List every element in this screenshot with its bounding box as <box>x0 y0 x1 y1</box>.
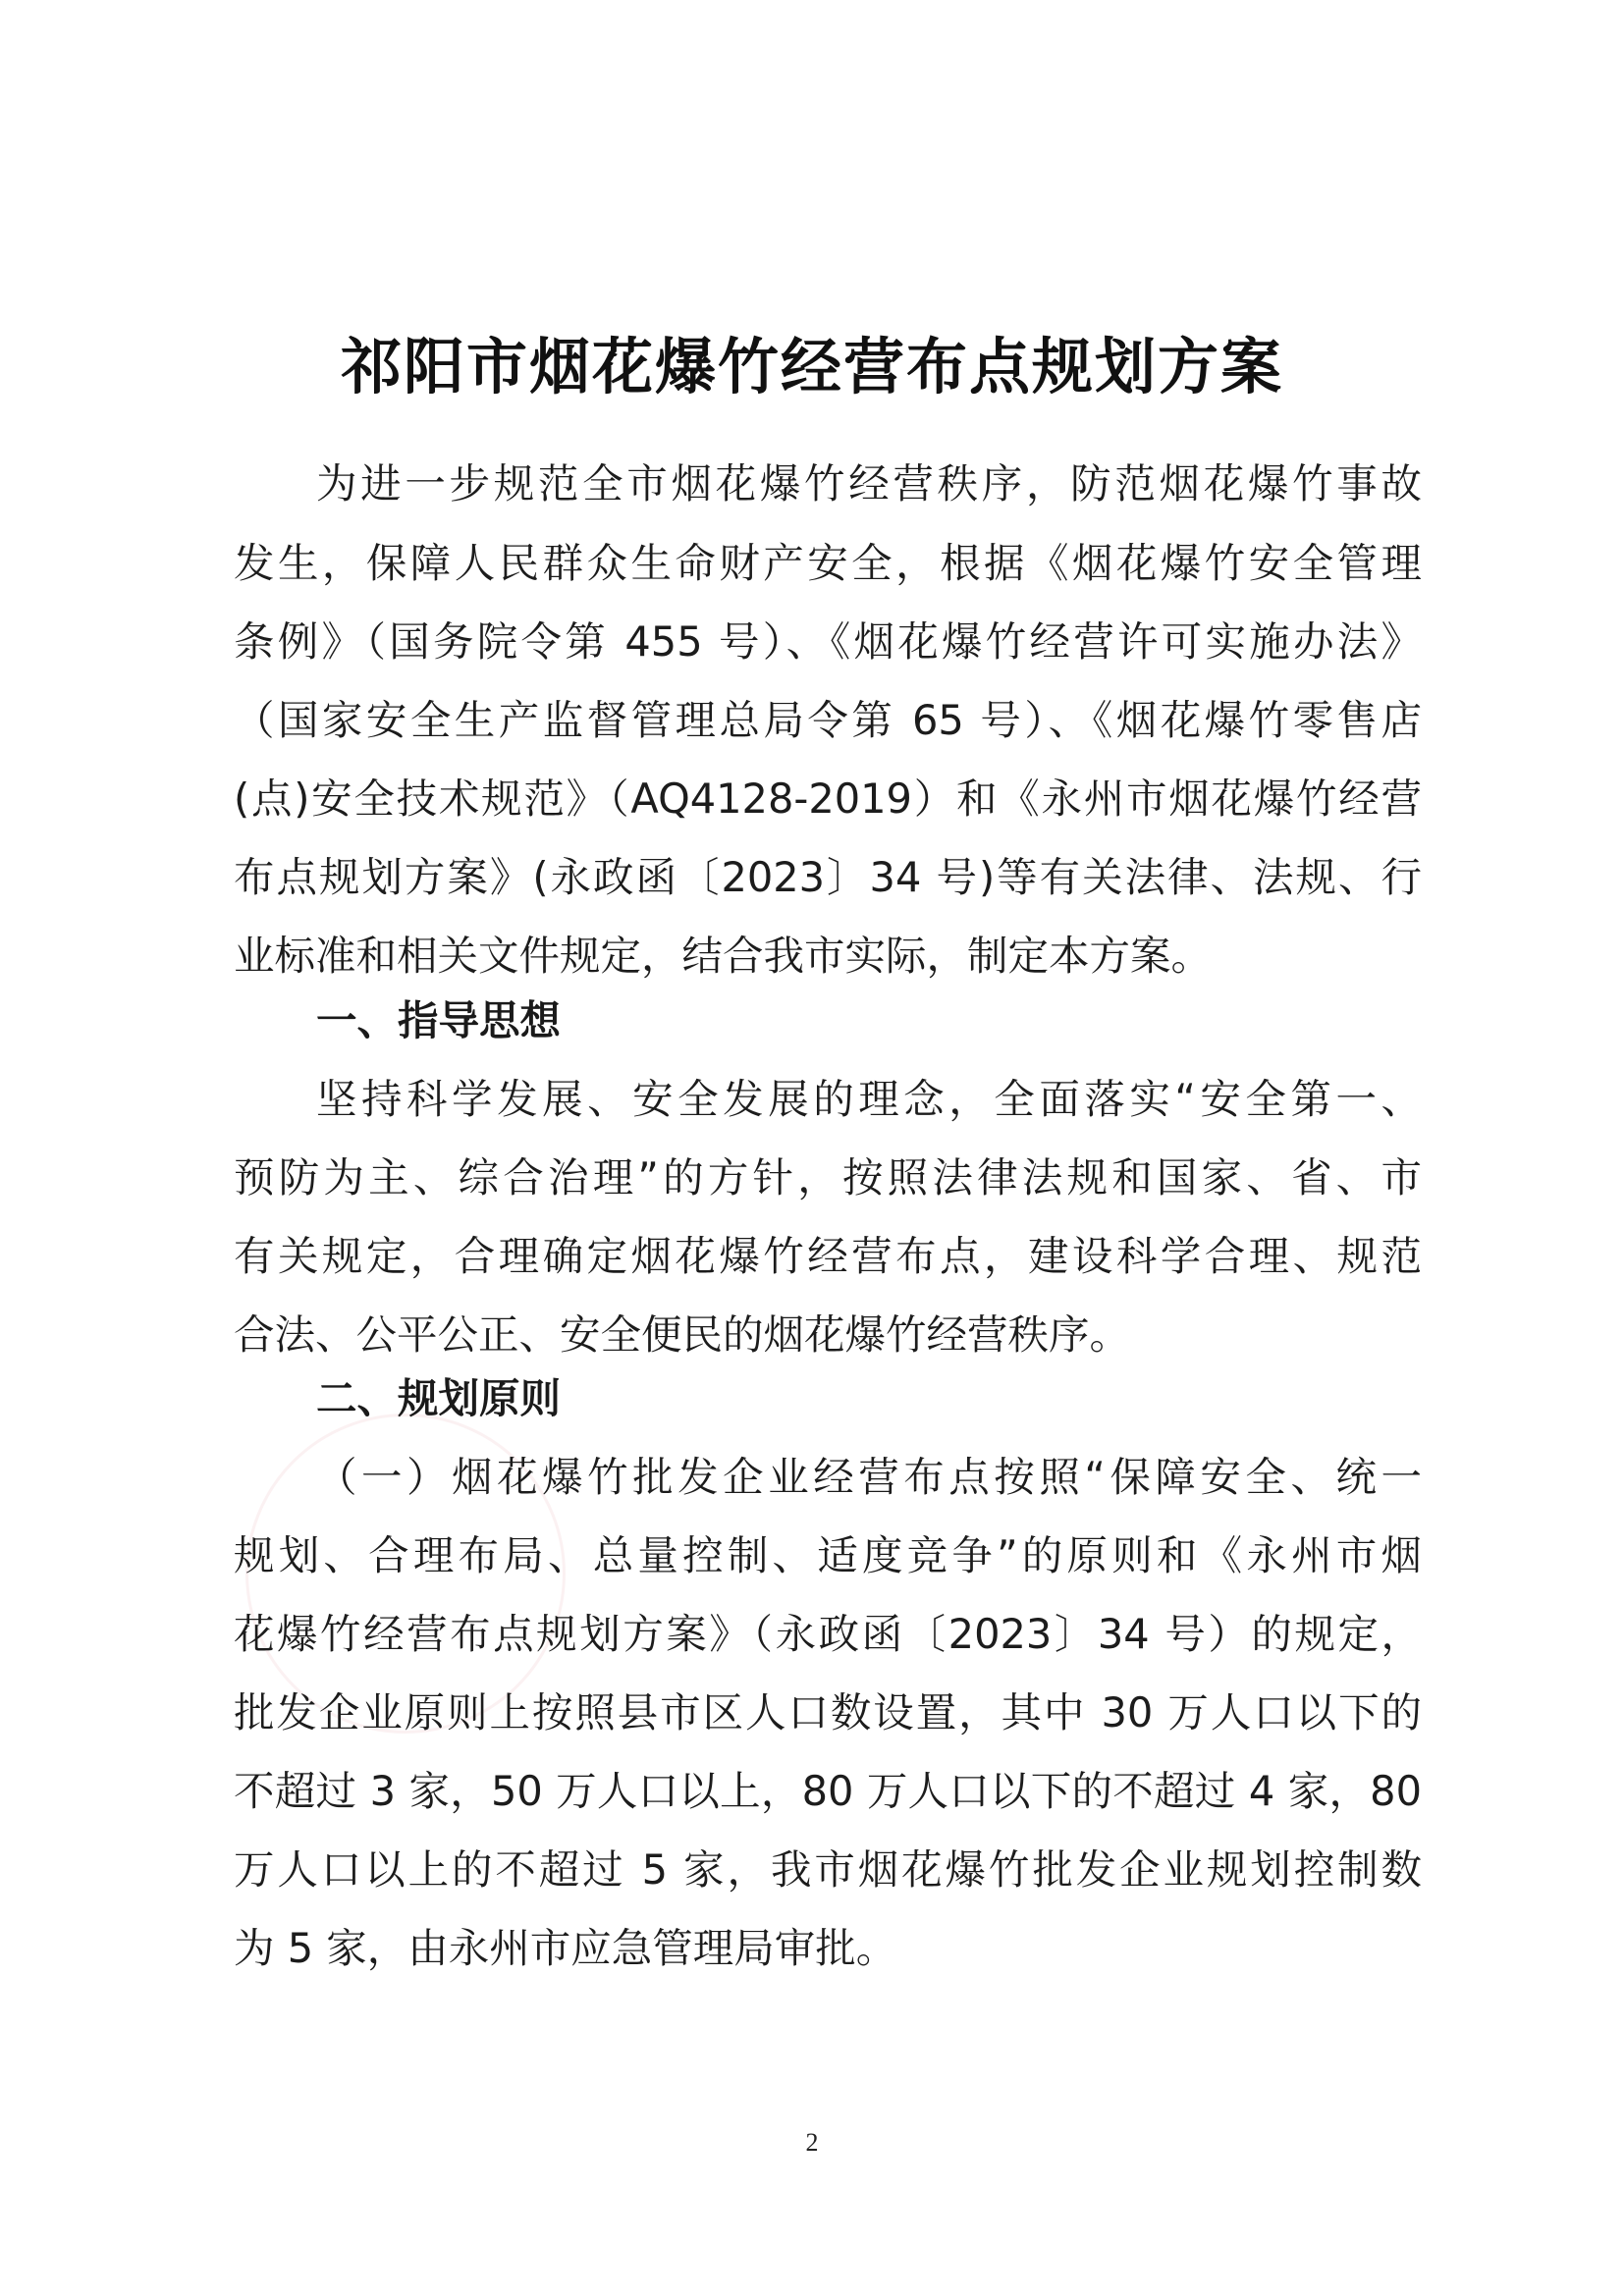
section-line: 花爆竹经营布点规划方案》（永政函〔2023〕34 号）的规定， <box>234 1610 1422 1659</box>
intro-line: 业标准和相关文件规定，结合我市实际，制定本方案。 <box>234 932 1422 981</box>
intro-line: (点)安全技术规范》（AQ4128-2019）和《永州市烟花爆竹经营 <box>234 774 1422 824</box>
section-line: （一）烟花爆竹批发企业经营布点按照“保障安全、统一 <box>316 1453 1422 1502</box>
section-line: 不超过 3 家，50 万人口以上，80 万人口以下的不超过 4 家，80 <box>234 1767 1422 1816</box>
section-line: 坚持科学发展、安全发展的理念，全面落实“安全第一、 <box>316 1075 1422 1124</box>
section-heading: 一、指导思想 <box>316 996 561 1045</box>
section-line: 规划、合理布局、总量控制、适度竞争”的原则和《永州市烟 <box>234 1531 1422 1580</box>
intro-line: （国家安全生产监督管理总局令第 65 号）、《烟花爆竹零售店 <box>234 696 1422 745</box>
section-line: 批发企业原则上按照县市区人口数设置，其中 30 万人口以下的 <box>234 1688 1422 1737</box>
intro-line: 条例》（国务院令第 455 号）、《烟花爆竹经营许可实施办法》 <box>234 617 1422 667</box>
intro-line: 布点规划方案》(永政函〔2023〕34 号)等有关法律、法规、行 <box>234 853 1422 902</box>
intro-line: 为进一步规范全市烟花爆竹经营秩序，防范烟花爆竹事故 <box>316 459 1422 508</box>
document-page: 祁阳市烟花爆竹经营布点规划方案 为进一步规范全市烟花爆竹经营秩序，防范烟花爆竹事… <box>0 0 1624 2296</box>
intro-line: 发生，保障人民群众生命财产安全，根据《烟花爆竹安全管理 <box>234 539 1422 588</box>
section-line: 为 5 家，由永州市应急管理局审批。 <box>234 1924 1422 1973</box>
section-line: 万人口以上的不超过 5 家，我市烟花爆竹批发企业规划控制数 <box>234 1845 1422 1895</box>
section-line: 合法、公平公正、安全便民的烟花爆竹经营秩序。 <box>234 1310 1422 1360</box>
section-heading: 二、规划原则 <box>316 1374 561 1423</box>
page-number: 2 <box>0 2128 1624 2158</box>
section-line: 预防为主、综合治理”的方针，按照法律法规和国家、省、市 <box>234 1153 1422 1202</box>
document-title: 祁阳市烟花爆竹经营布点规划方案 <box>0 328 1624 406</box>
section-line: 有关规定，合理确定烟花爆竹经营布点，建设科学合理、规范 <box>234 1232 1422 1281</box>
